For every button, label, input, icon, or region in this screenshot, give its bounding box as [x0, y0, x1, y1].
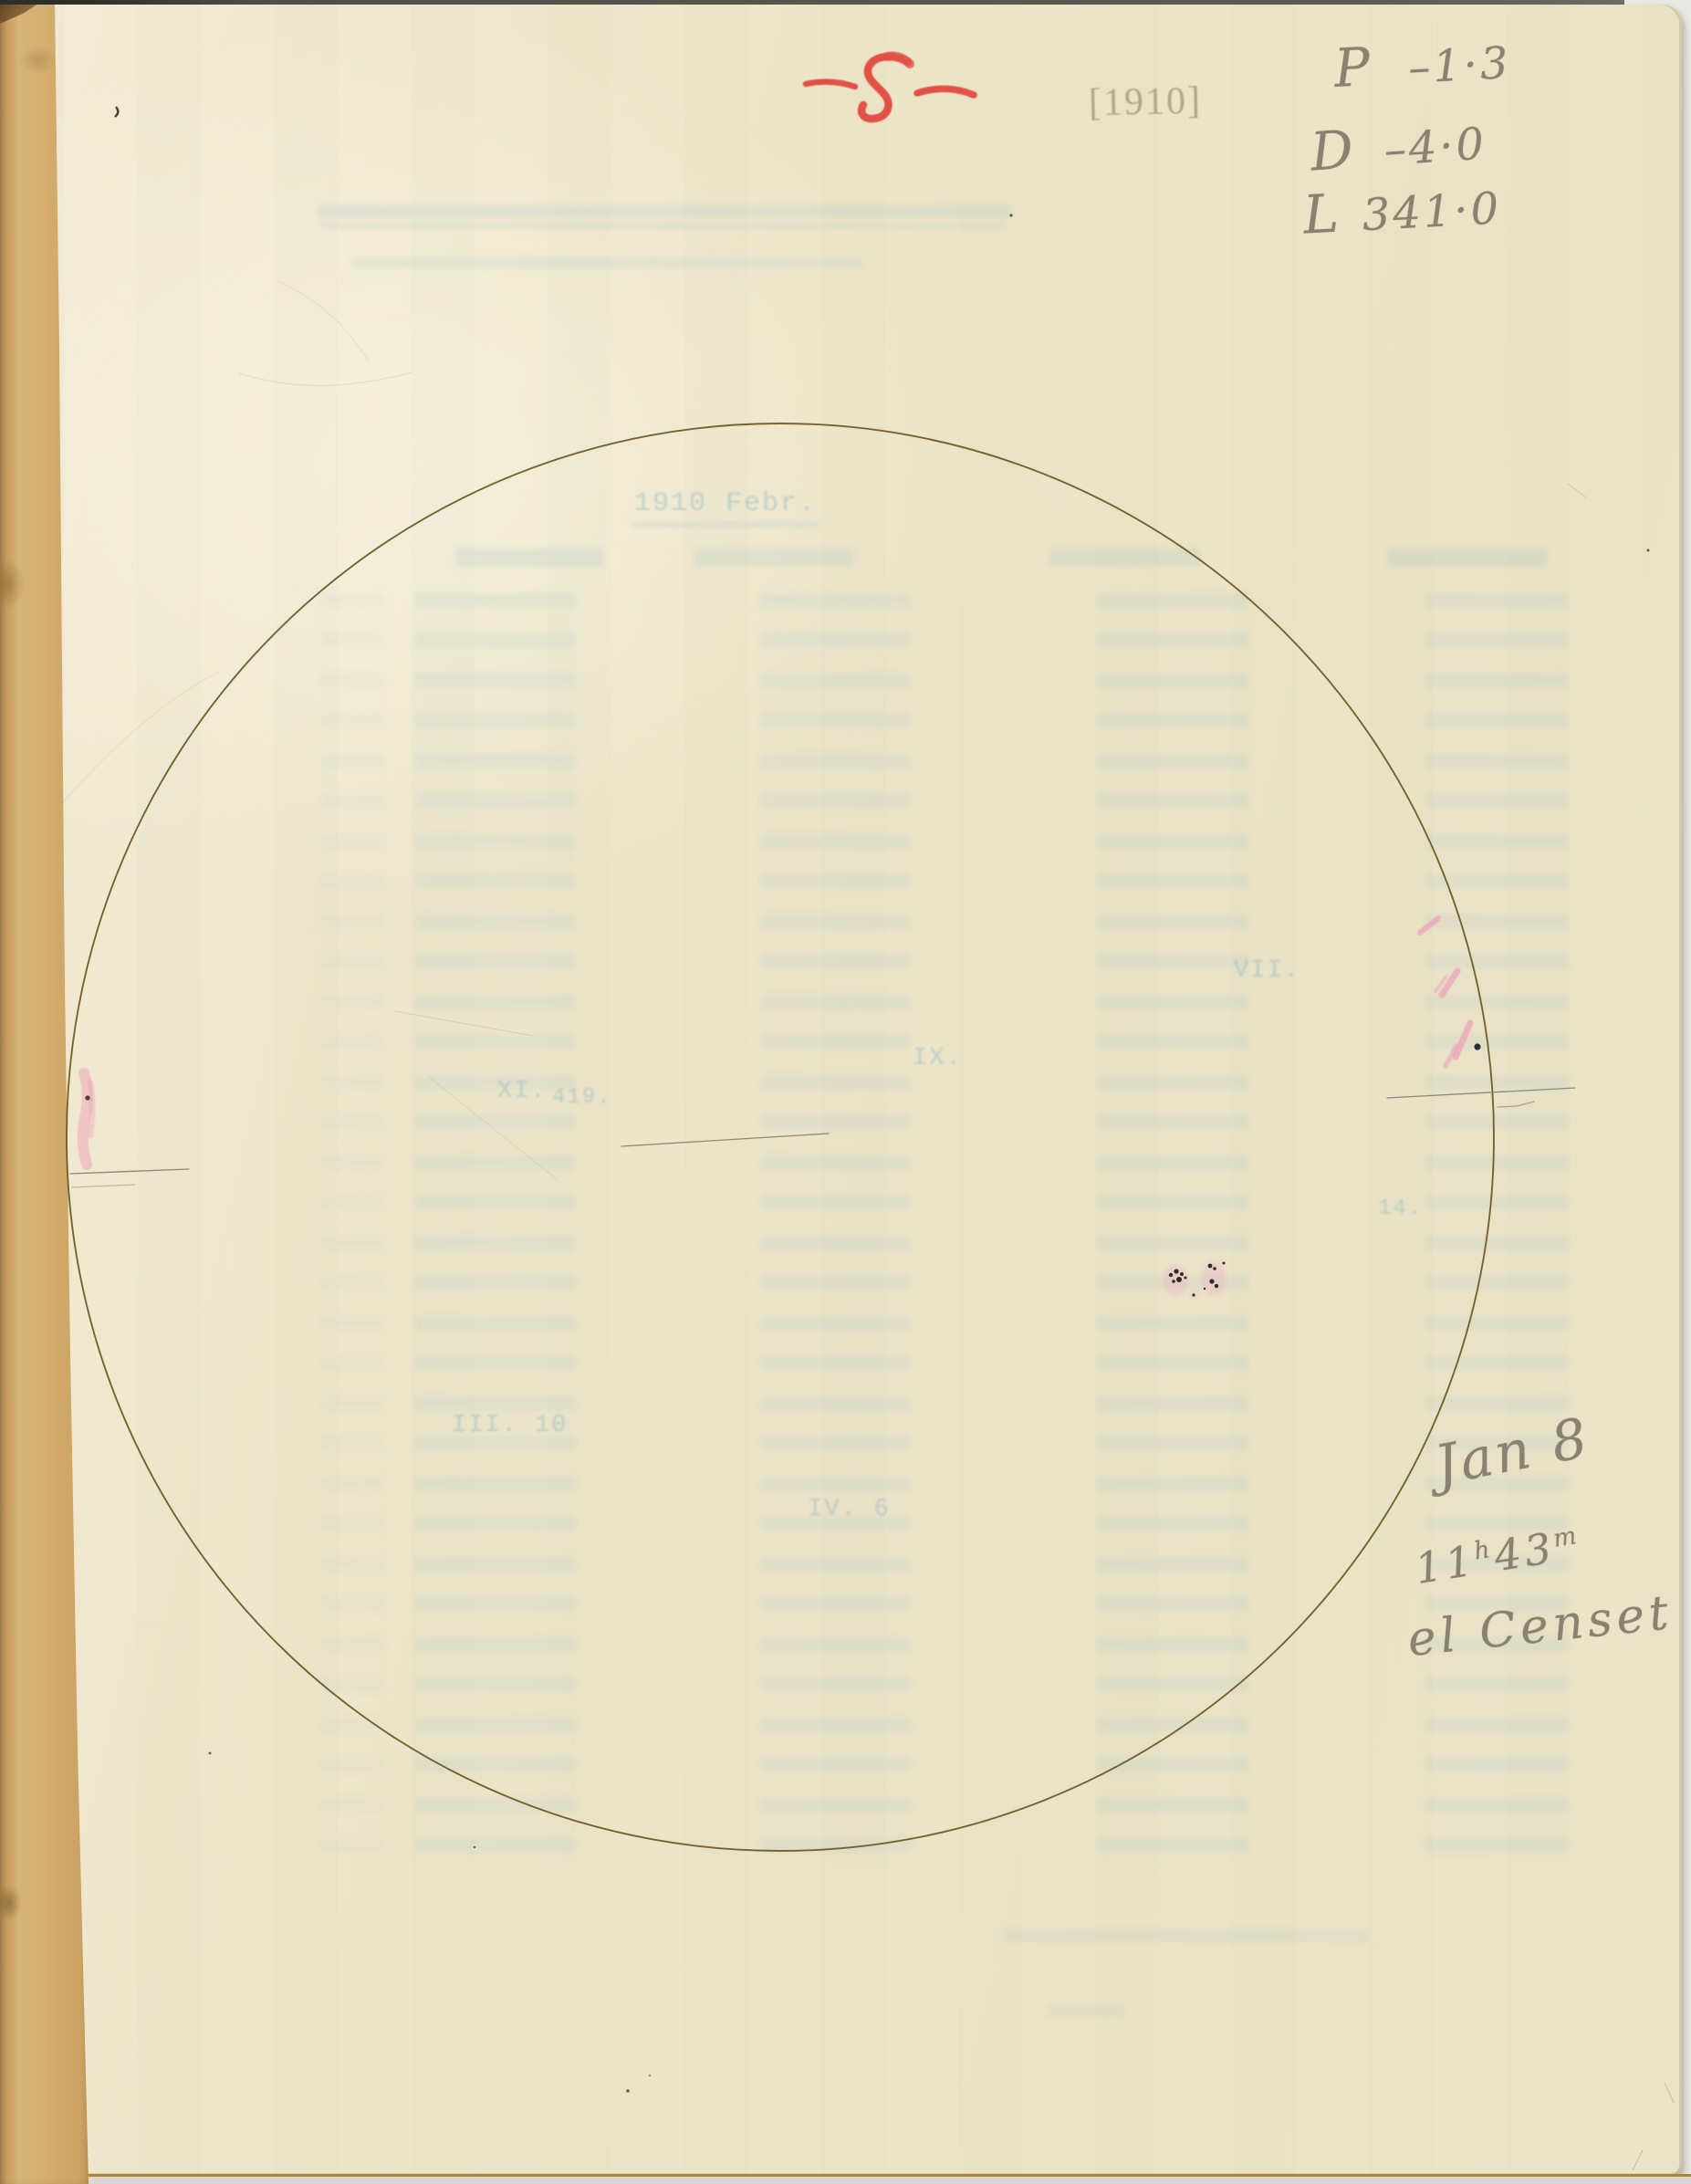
time-minutes-unit: m — [1551, 1521, 1582, 1553]
ghost-token: VII. — [1234, 957, 1300, 985]
scan-top-edge — [0, 0, 1624, 5]
scanned-observation-sheet: 1910 Febr. XI. 419. III. 10 VII. IX. IV.… — [0, 0, 1691, 2184]
ghost-table-column — [1426, 593, 1568, 1857]
measurement-label: L — [1301, 183, 1340, 246]
page-bottom-edge — [87, 2174, 1691, 2184]
ghost-table-column — [415, 593, 575, 1862]
ghost-underline — [632, 523, 819, 526]
measurement-value: –4·0 — [1383, 118, 1488, 176]
ghost-token: 14. — [1378, 1196, 1423, 1221]
year-stamp: [1910] — [1089, 79, 1203, 126]
ghost-underline — [321, 225, 1006, 227]
ghost-token: 419. — [552, 1085, 612, 1110]
ghost-show-through-layer: 1910 Febr. XI. 419. III. 10 VII. IX. IV.… — [0, 5, 1682, 2176]
ghost-token: III. 10 — [452, 1412, 568, 1439]
ghost-text-line — [318, 205, 1010, 218]
ghost-token: IV. 6 — [808, 1496, 891, 1523]
ghost-table-column — [760, 593, 911, 1862]
paper-page: 1910 Febr. XI. 419. III. 10 VII. IX. IV.… — [0, 5, 1682, 2176]
time-hours: 11 — [1412, 1535, 1479, 1594]
ghost-table-column — [1098, 593, 1248, 1862]
time-minutes: 43 — [1491, 1523, 1559, 1582]
ghost-token: XI. — [497, 1078, 548, 1105]
measurement-row-p: P –1·3 — [1332, 28, 1512, 99]
measurement-value: 341·0 — [1361, 183, 1502, 241]
measurement-row-d: D –4·0 — [1309, 109, 1488, 183]
ghost-column-header — [694, 549, 853, 567]
ghost-table-column — [321, 593, 385, 1853]
ghost-column-header — [1387, 549, 1547, 567]
ghost-token: IX. — [913, 1045, 963, 1072]
ghost-table-title: 1910 Febr. — [634, 488, 817, 519]
ghost-column-header — [456, 549, 602, 567]
measurement-row-l: L 341·0 — [1301, 173, 1502, 246]
measurement-label: D — [1309, 119, 1355, 183]
ghost-text-line — [1048, 2005, 1125, 2016]
ghost-text-line — [1004, 1928, 1369, 1942]
ghost-column-header — [1049, 549, 1200, 567]
ghost-text-line — [350, 257, 861, 268]
measurement-label: P — [1332, 36, 1372, 99]
measurement-value: –1·3 — [1407, 37, 1512, 94]
